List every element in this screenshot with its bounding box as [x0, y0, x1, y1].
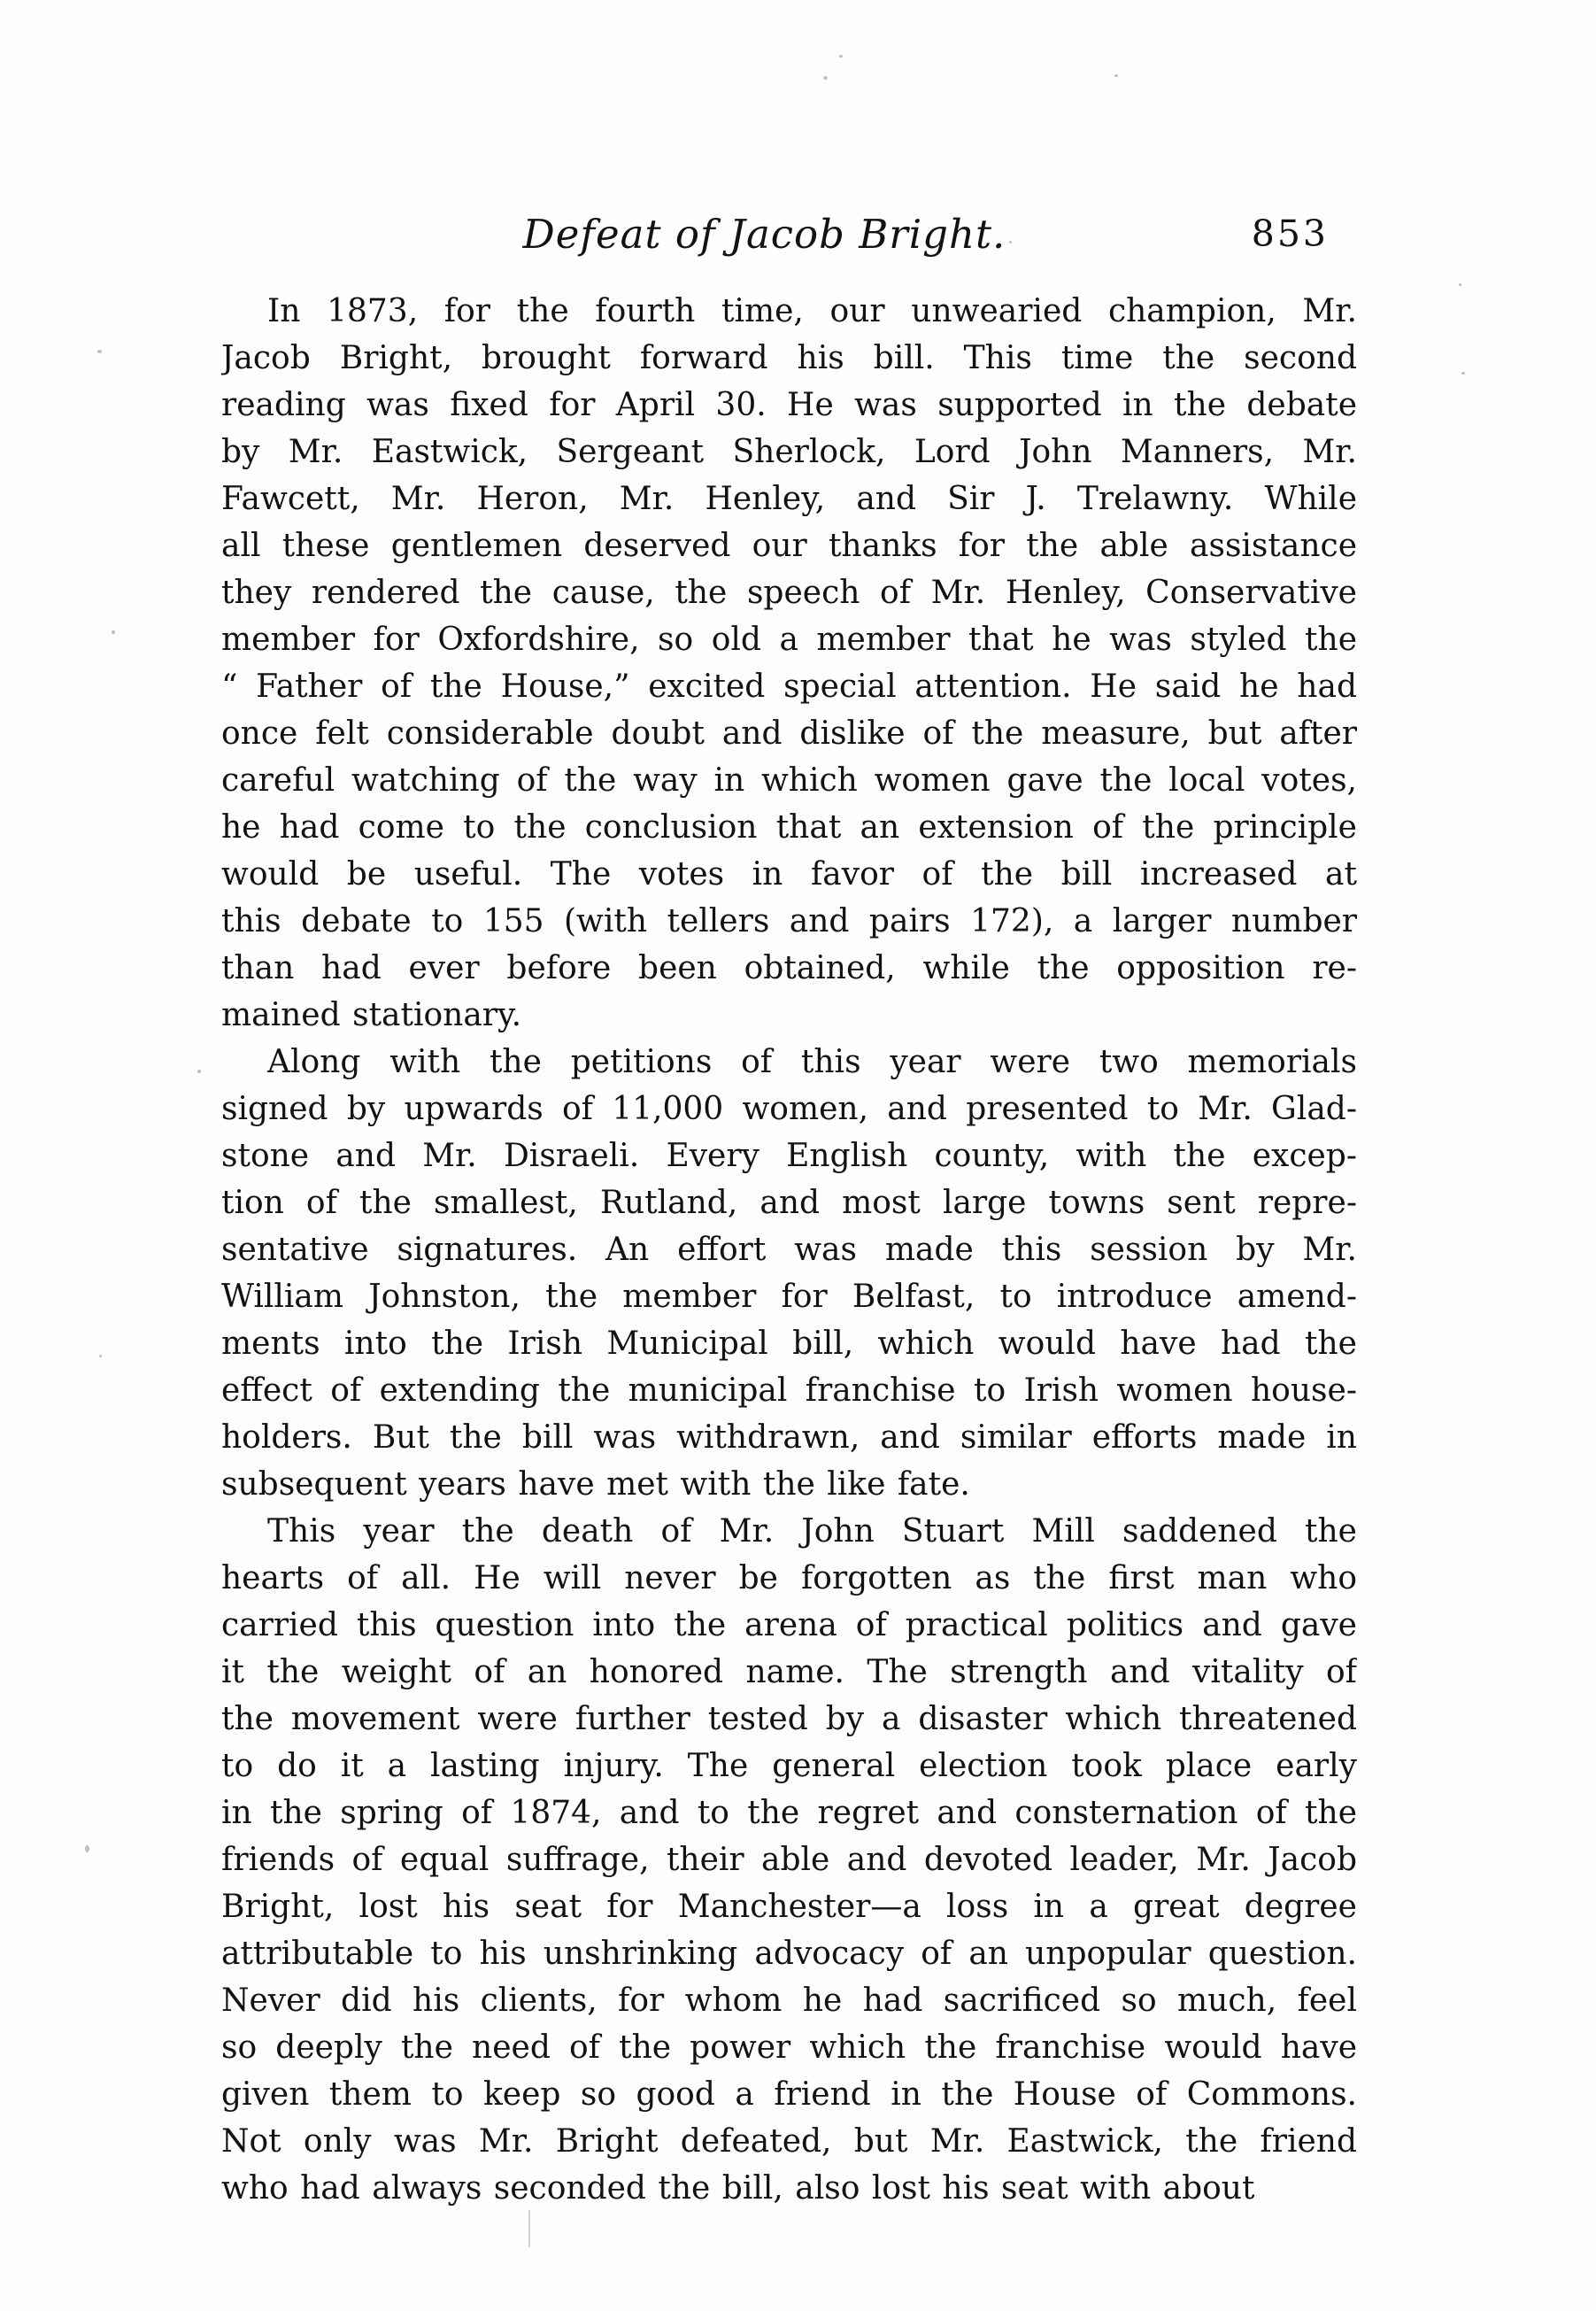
text-line: Along with the petitions of this year we…: [221, 1040, 1357, 1087]
scan-speck: [1461, 372, 1465, 375]
text-line: reading was fixed for April 30. He was s…: [221, 383, 1357, 430]
text-line: holders. But the bill was withdrawn, and…: [221, 1416, 1357, 1463]
text-line: In 1873, for the fourth time, our unwear…: [221, 290, 1357, 336]
text-line: the movement were further tested by a di…: [221, 1697, 1357, 1744]
scan-speck: [1009, 241, 1012, 243]
scan-speck: [97, 350, 102, 353]
text-line: he had come to the conclusion that an ex…: [221, 806, 1357, 853]
text-line: once felt considerable doubt and dislike…: [221, 712, 1357, 759]
scan-speck: [1114, 74, 1118, 77]
scan-speck: [1459, 283, 1461, 286]
scan-speck: [823, 76, 828, 80]
text-line: stone and Mr. Disraeli. Every English co…: [221, 1134, 1357, 1181]
scan-speck: [112, 630, 115, 634]
text-line: in the spring of 1874, and to the regret…: [221, 1791, 1357, 1838]
text-line: signed by upwards of 11,000 women, and p…: [221, 1087, 1357, 1134]
text-line: William Johnston, the member for Belfast…: [221, 1275, 1357, 1322]
text-line: who had always seconded the bill, also l…: [221, 2167, 1357, 2214]
text-line: subsequent years have met with the like …: [221, 1463, 1357, 1510]
text-line: this debate to 155 (with tellers and pai…: [221, 900, 1357, 947]
paragraph: In 1873, for the fourth time, our unwear…: [221, 290, 1357, 1040]
text-line: by Mr. Eastwick, Sergeant Sherlock, Lord…: [221, 430, 1357, 477]
text-line: hearts of all. He will never be forgotte…: [221, 1557, 1357, 1604]
text-line: friends of equal suffrage, their able an…: [221, 1838, 1357, 1885]
text-line: all these gentlemen deserved our thanks …: [221, 524, 1357, 571]
page-number: 853: [1252, 213, 1329, 255]
text-line: given them to keep so good a friend in t…: [221, 2073, 1357, 2120]
text-line: would be useful. The votes in favor of t…: [221, 853, 1357, 900]
page-body: In 1873, for the fourth time, our unwear…: [221, 290, 1357, 2214]
text-line: tion of the smallest, Rutland, and most …: [221, 1181, 1357, 1228]
text-line: carried this question into the arena of …: [221, 1604, 1357, 1650]
scan-speck: [99, 1355, 102, 1357]
text-line: “ Father of the House,” excited special …: [221, 665, 1357, 712]
running-header: Defeat of Jacob Bright. 853: [221, 211, 1357, 280]
scan-speck: [839, 55, 843, 58]
scan-speck: [197, 1070, 201, 1073]
text-line: sentative signatures. An effort was made…: [221, 1228, 1357, 1275]
text-line: member for Oxfordshire, so old a member …: [221, 618, 1357, 665]
page-title: Defeat of Jacob Bright.: [221, 211, 1357, 258]
text-line: Never did his clients, for whom he had s…: [221, 1979, 1357, 2026]
text-line: Jacob Bright, brought forward his bill. …: [221, 336, 1357, 383]
book-page: Defeat of Jacob Bright. 853 In 1873, for…: [0, 0, 1596, 2311]
paragraph: This year the death of Mr. John Stuart M…: [221, 1510, 1357, 2214]
text-line: Fawcett, Mr. Heron, Mr. Henley, and Sir …: [221, 477, 1357, 524]
paragraph: Along with the petitions of this year we…: [221, 1040, 1357, 1510]
text-line: This year the death of Mr. John Stuart M…: [221, 1510, 1357, 1557]
scan-line-artifact: [528, 2210, 530, 2247]
text-line: to do it a lasting injury. The general e…: [221, 1744, 1357, 1791]
scan-speck: [85, 1845, 89, 1852]
text-line: attributable to his unshrinking advocacy…: [221, 1932, 1357, 1979]
text-line: it the weight of an honored name. The st…: [221, 1650, 1357, 1697]
text-line: ments into the Irish Municipal bill, whi…: [221, 1322, 1357, 1369]
text-line: than had ever before been obtained, whil…: [221, 947, 1357, 993]
text-line: Bright, lost his seat for Manchester—a l…: [221, 1885, 1357, 1932]
text-line: mained stationary.: [221, 993, 1357, 1040]
text-line: effect of extending the municipal franch…: [221, 1369, 1357, 1416]
text-line: Not only was Mr. Bright defeated, but Mr…: [221, 2120, 1357, 2167]
text-line: so deeply the need of the power which th…: [221, 2026, 1357, 2073]
text-line: careful watching of the way in which wom…: [221, 759, 1357, 806]
text-line: they rendered the cause, the speech of M…: [221, 571, 1357, 618]
